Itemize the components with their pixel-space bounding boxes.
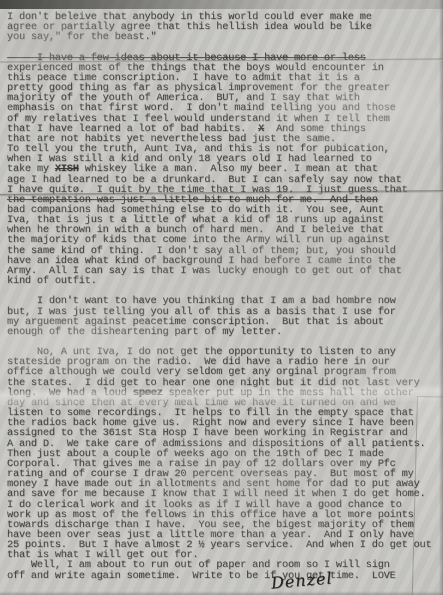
letter-line: and save for me because I know that I wi…: [7, 489, 443, 499]
letter-line: kind of outfit.: [7, 276, 443, 286]
letter-line: I don't want to have you thinking that I…: [7, 296, 443, 306]
scan-top-edge: [0, 0, 443, 9]
letter-body: I don't beleive that anybody in this wor…: [7, 12, 443, 581]
scan-right-edge: [439, 0, 443, 595]
scan-bottom-edge: [0, 591, 443, 595]
letter-line: you say," for the beast.": [7, 32, 443, 42]
letter-page: I don't beleive that anybody in this wor…: [0, 0, 443, 595]
letter-line: take my XISH whiskey like a man. Also my…: [7, 164, 443, 174]
letter-line: day and since then at every meal time we…: [7, 398, 443, 408]
letter-line: off and write again sometime. Write to b…: [7, 571, 443, 581]
letter-line: enough of the disheartening part of my l…: [7, 327, 443, 337]
signature: Denzel: [270, 568, 333, 592]
